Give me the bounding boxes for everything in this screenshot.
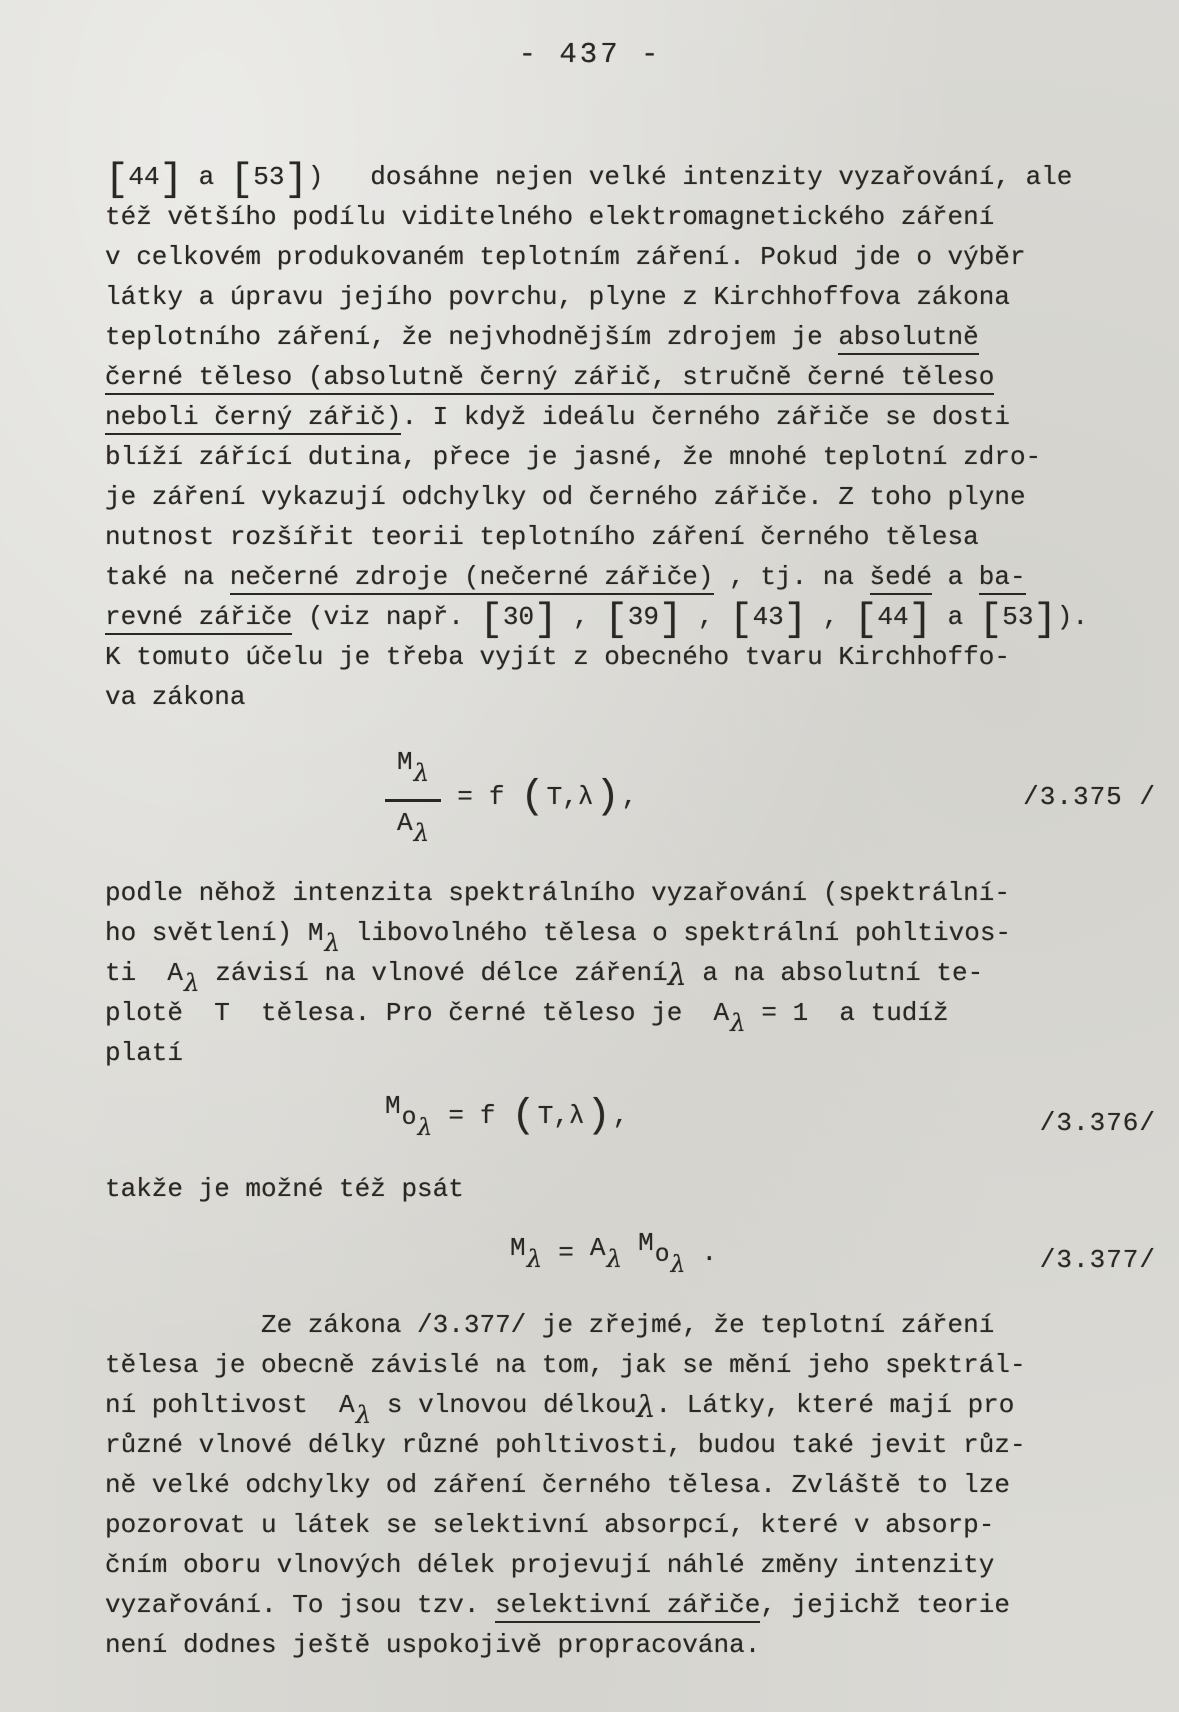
- text-span: a: [932, 562, 979, 592]
- text-span: čním oboru vlnových délek projevují náhl…: [105, 1550, 994, 1580]
- text-span: podle něhož intenzita spektrálního vyzař…: [105, 878, 1010, 908]
- bracket-glyph: ]: [784, 598, 807, 642]
- text-line: ho světlení) Mλ libovolného tělesa o spe…: [105, 913, 1115, 953]
- math-subscript: λ: [414, 758, 430, 787]
- text-line: plotě T tělesa. Pro černé těleso je Aλ =…: [105, 993, 1115, 1033]
- fraction: Mλ Aλ: [385, 747, 441, 846]
- paragraph-1: [44] a [53]) dosáhne nejen velké intenzi…: [105, 157, 1115, 717]
- text-span: ní pohltivost: [105, 1390, 339, 1420]
- text-span: látky a úpravu jejího povrchu, plyne z K…: [105, 282, 1010, 312]
- text-span: a: [183, 162, 230, 192]
- bracket-glyph: ]: [909, 598, 932, 642]
- text-span: ba-: [979, 562, 1026, 595]
- paragraph-4: Ze zákona /3.377/ je zřejmé, že teplotní…: [105, 1305, 1115, 1665]
- reference-citation: [53]: [979, 602, 1057, 632]
- text-line: v celkovém produkovaném teplotním záření…: [105, 237, 1115, 277]
- text-span: též většího podílu viditelného elektroma…: [105, 202, 994, 232]
- text-span: ,: [682, 602, 729, 632]
- math-base: A: [590, 1233, 606, 1263]
- inline-lambda: λ: [637, 1388, 656, 1428]
- text-span: a na absolutní te-: [687, 958, 983, 988]
- text-span: pozorovat u látek se selektivní absorpcí…: [105, 1510, 994, 1540]
- text-span: blíží zářící dutina, přece je jasné, že …: [105, 442, 1041, 472]
- equation-punctuation: ,: [622, 782, 638, 812]
- bracket-glyph: [: [230, 158, 253, 202]
- paragraph-2: podle něhož intenzita spektrálního vyzař…: [105, 873, 1115, 1073]
- math-base: M: [385, 1091, 401, 1121]
- equation-3-375: Mλ Aλ = f ( T,λ ) , /3.375 /: [385, 735, 1115, 859]
- text-span: Ze zákona /3.377/ je zřejmé, že teplotní…: [105, 1310, 994, 1340]
- close-paren: ): [587, 1093, 611, 1139]
- reference-citation: [39]: [604, 602, 682, 632]
- text-line: revné zářiče (viz např. [30] , [39] , [4…: [105, 597, 1115, 637]
- text-line: pozorovat u látek se selektivní absorpcí…: [105, 1505, 1115, 1545]
- function-arguments: T,λ: [547, 782, 594, 812]
- paragraph-3: takže je možné též psát: [105, 1169, 1115, 1209]
- text-line: nutnost rozšířit teorii teplotního zářen…: [105, 517, 1115, 557]
- math-base: A: [397, 808, 413, 838]
- text-span: neboli černý zářič): [105, 402, 401, 435]
- equation-punctuation: ,: [613, 1101, 629, 1131]
- math-sub-o: o: [655, 1241, 670, 1269]
- text-span: tělesa je obecně závislé na tom, jak se …: [105, 1350, 1026, 1380]
- text-span: šedé: [870, 562, 932, 595]
- text-span: (viz např.: [292, 602, 479, 632]
- text-line: blíží zářící dutina, přece je jasné, že …: [105, 437, 1115, 477]
- text-line: je záření vykazují odchylky od černého z…: [105, 477, 1115, 517]
- bracket-glyph: [: [979, 598, 1002, 642]
- equation-number: /3.376/: [1040, 1108, 1156, 1138]
- inline-math: Mλ: [510, 1233, 542, 1272]
- text-line: látky a úpravu jejího povrchu, plyne z K…: [105, 277, 1115, 317]
- text-line: neboli černý zářič). I když ideálu černé…: [105, 397, 1115, 437]
- scanned-page: - 437 - [44] a [53]) dosáhne nejen velké…: [0, 0, 1179, 1712]
- math-base: A: [714, 998, 730, 1028]
- text-line: K tomuto účelu je třeba vyjít z obecného…: [105, 637, 1115, 677]
- text-line: ně velké odchylky od záření černého těle…: [105, 1465, 1115, 1505]
- text-span: absolutně: [838, 322, 978, 355]
- equals-sign: =: [457, 782, 473, 812]
- bracket-glyph: [: [105, 158, 128, 202]
- bracket-glyph: [: [729, 598, 752, 642]
- text-span: ti: [105, 958, 167, 988]
- text-line: Ze zákona /3.377/ je zřejmé, že teplotní…: [105, 1305, 1115, 1345]
- function-arguments: T,λ: [538, 1101, 585, 1131]
- inline-math: Moλ: [638, 1228, 685, 1278]
- text-span: platí: [105, 1038, 183, 1068]
- text-span: s vlnovou délkou: [371, 1390, 636, 1420]
- inline-lambda: λ: [668, 956, 687, 996]
- text-span: ,: [558, 602, 605, 632]
- equals-sign: =: [448, 1101, 464, 1131]
- text-line: [44] a [53]) dosáhne nejen velké intenzi…: [105, 157, 1115, 197]
- text-line: takže je možné též psát: [105, 1169, 1115, 1209]
- reference-citation: [30]: [479, 602, 557, 632]
- math-base: M: [638, 1228, 654, 1258]
- math-subsubscript: λ: [417, 1113, 432, 1141]
- math-base: M: [397, 747, 413, 777]
- text-span: plotě T tělesa. Pro černé těleso je: [105, 998, 714, 1028]
- bracket-glyph: ]: [284, 158, 307, 202]
- bracket-glyph: [: [604, 598, 627, 642]
- text-span: je záření vykazují odchylky od černého z…: [105, 482, 1026, 512]
- math-subscript: λ: [414, 818, 430, 847]
- bracket-glyph: ]: [1033, 598, 1056, 642]
- text-span: nečerné zdroje (nečerné zářiče): [230, 562, 714, 595]
- text-span: libovolného tělesa o spektrální pohltivo…: [340, 918, 1011, 948]
- equals-sign: =: [558, 1238, 574, 1268]
- text-line: též většího podílu viditelného elektroma…: [105, 197, 1115, 237]
- math-subscript: λ: [730, 1003, 746, 1043]
- reference-citation: [44]: [105, 162, 183, 192]
- bracket-glyph: ]: [160, 158, 183, 202]
- math-subscript: oλ: [402, 1104, 433, 1141]
- text-span: závisí na vlnové délce záření: [200, 958, 668, 988]
- text-line: platí: [105, 1033, 1115, 1073]
- text-span: v celkovém produkovaném teplotním záření…: [105, 242, 1026, 272]
- text-span: nutnost rozšířit teorii teplotního zářen…: [105, 522, 979, 552]
- page-number: - 437 -: [65, 38, 1115, 71]
- text-span: různé vlnové délky různé pohltivosti, bu…: [105, 1430, 1026, 1460]
- text-span: . I když ideálu černého zářiče se dosti: [401, 402, 1010, 432]
- text-span: ,: [807, 602, 854, 632]
- text-span: K tomuto účelu je třeba vyjít z obecného…: [105, 642, 1010, 672]
- text-span: černé těleso (absolutně černý zářič, str…: [105, 362, 994, 395]
- bracket-glyph: ]: [534, 598, 557, 642]
- text-line: ní pohltivost Aλ s vlnovou délkouλ. Látk…: [105, 1385, 1115, 1425]
- text-line: va zákona: [105, 677, 1115, 717]
- bracket-glyph: ]: [659, 598, 682, 642]
- math-base: M: [510, 1233, 526, 1263]
- bracket-glyph: [: [854, 598, 877, 642]
- text-line: různé vlnové délky různé pohltivosti, bu…: [105, 1425, 1115, 1465]
- text-span: . Látky, které mají pro: [656, 1390, 1015, 1420]
- math-sub-o: o: [402, 1104, 417, 1132]
- function-symbol: f: [489, 782, 505, 812]
- text-span: va zákona: [105, 682, 245, 712]
- text-line: tělesa je obecně závislé na tom, jak se …: [105, 1345, 1115, 1385]
- text-span: také na: [105, 562, 230, 592]
- math-base: A: [339, 1390, 355, 1420]
- equation-3-377: Mλ = Aλ Moλ . /3.377/: [510, 1225, 1115, 1295]
- text-span: takže je možné též psát: [105, 1174, 464, 1204]
- function-symbol: f: [480, 1101, 496, 1131]
- fraction-denominator: Aλ: [385, 802, 441, 847]
- text-span: revné zářiče: [105, 602, 292, 635]
- text-line: podle něhož intenzita spektrálního vyzař…: [105, 873, 1115, 913]
- text-line: teplotního záření, že nejvhodnějším zdro…: [105, 317, 1115, 357]
- equation-3-376: Moλ = f ( T,λ ) , /3.376/: [385, 1087, 1115, 1159]
- text-span: selektivní zářiče: [495, 1590, 760, 1623]
- inline-math: Moλ: [385, 1091, 432, 1141]
- text-span: ho světlení): [105, 918, 308, 948]
- text-span: vyzařování. To jsou tzv.: [105, 1590, 495, 1620]
- text-span: , tj. na: [714, 562, 870, 592]
- equation-punctuation: .: [701, 1238, 717, 1268]
- inline-math: Aλ: [590, 1233, 622, 1272]
- fraction-numerator: Mλ: [385, 747, 441, 801]
- math-subscript: λ: [527, 1244, 543, 1273]
- reference-citation: [53]: [230, 162, 308, 192]
- close-paren: ): [595, 774, 619, 820]
- text-span: = 1 a tudíž: [746, 998, 949, 1028]
- open-paren: (: [512, 1093, 536, 1139]
- text-span: , jejichž teorie: [760, 1590, 1010, 1620]
- text-line: ti Aλ závisí na vlnové délce zářeníλ a n…: [105, 953, 1115, 993]
- text-span: ) dosáhne nejen velké intenzity vyzařová…: [308, 162, 1073, 192]
- math-subscript: λ: [606, 1244, 622, 1273]
- reference-citation: [44]: [854, 602, 932, 632]
- reference-citation: [43]: [729, 602, 807, 632]
- open-paren: (: [520, 774, 544, 820]
- math-subscript: oλ: [655, 1241, 686, 1278]
- equation-number: /3.375 /: [1023, 782, 1156, 812]
- text-line: černé těleso (absolutně černý zářič, str…: [105, 357, 1115, 397]
- text-span: není dodnes ještě uspokojivě propracován…: [105, 1630, 760, 1660]
- math-base: A: [167, 958, 183, 988]
- text-line: také na nečerné zdroje (nečerné zářiče) …: [105, 557, 1115, 597]
- math-subsubscript: λ: [671, 1250, 686, 1278]
- text-line: vyzařování. To jsou tzv. selektivní záři…: [105, 1585, 1115, 1625]
- math-base: M: [308, 918, 324, 948]
- text-span: ně velké odchylky od záření černého těle…: [105, 1470, 1010, 1500]
- equation-number: /3.377/: [1040, 1245, 1156, 1275]
- text-line: není dodnes ještě uspokojivě propracován…: [105, 1625, 1115, 1665]
- bracket-glyph: [: [479, 598, 502, 642]
- text-span: ).: [1057, 602, 1088, 632]
- text-line: čním oboru vlnových délek projevují náhl…: [105, 1545, 1115, 1585]
- text-span: teplotního záření, že nejvhodnějším zdro…: [105, 322, 838, 352]
- text-span: a: [932, 602, 979, 632]
- inline-math: Aλ: [714, 993, 746, 1043]
